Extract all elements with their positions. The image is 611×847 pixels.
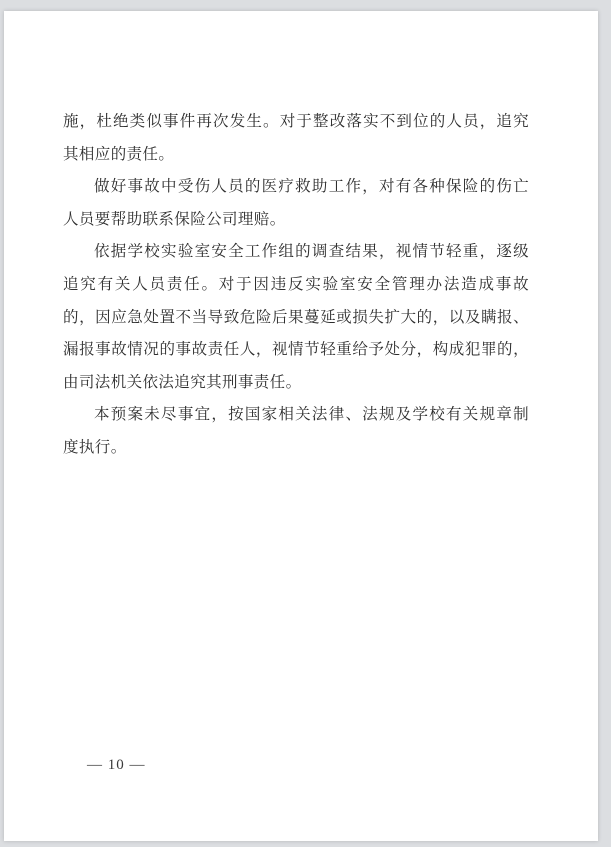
text-line: 的，因应急处置不当导致危险后果蔓延或损失扩大的，以及瞒报、: [63, 302, 529, 335]
paragraph: 依据学校实验室安全工作组的调查结果，视情节轻重，逐级追究有关人员责任。对于因违反…: [63, 236, 529, 399]
page-number: — 10 —: [87, 755, 146, 775]
text-line: 漏报事故情况的事故责任人，视情节轻重给予处分，构成犯罪的，: [63, 334, 529, 367]
text-line: 人员要帮助联系保险公司理赔。: [63, 204, 529, 237]
paragraph: 做好事故中受伤人员的医疗救助工作，对有各种保险的伤亡人员要帮助联系保险公司理赔。: [63, 171, 529, 236]
text-line: 度执行。: [63, 432, 529, 465]
text-line: 其相应的责任。: [63, 139, 529, 172]
document-body: 施，杜绝类似事件再次发生。对于整改落实不到位的人员，追究其相应的责任。做好事故中…: [63, 106, 529, 465]
text-line: 施，杜绝类似事件再次发生。对于整改落实不到位的人员，追究: [63, 106, 529, 139]
text-line: 本预案未尽事宜，按国家相关法律、法规及学校有关规章制: [63, 399, 529, 432]
text-line: 追究有关人员责任。对于因违反实验室安全管理办法造成事故: [63, 269, 529, 302]
text-line: 做好事故中受伤人员的医疗救助工作，对有各种保险的伤亡: [63, 171, 529, 204]
text-line: 依据学校实验室安全工作组的调查结果，视情节轻重，逐级: [63, 236, 529, 269]
text-line: 由司法机关依法追究其刑事责任。: [63, 367, 529, 400]
paragraph: 本预案未尽事宜，按国家相关法律、法规及学校有关规章制度执行。: [63, 399, 529, 464]
document-page: 施，杜绝类似事件再次发生。对于整改落实不到位的人员，追究其相应的责任。做好事故中…: [4, 11, 598, 841]
paragraph: 施，杜绝类似事件再次发生。对于整改落实不到位的人员，追究其相应的责任。: [63, 106, 529, 171]
